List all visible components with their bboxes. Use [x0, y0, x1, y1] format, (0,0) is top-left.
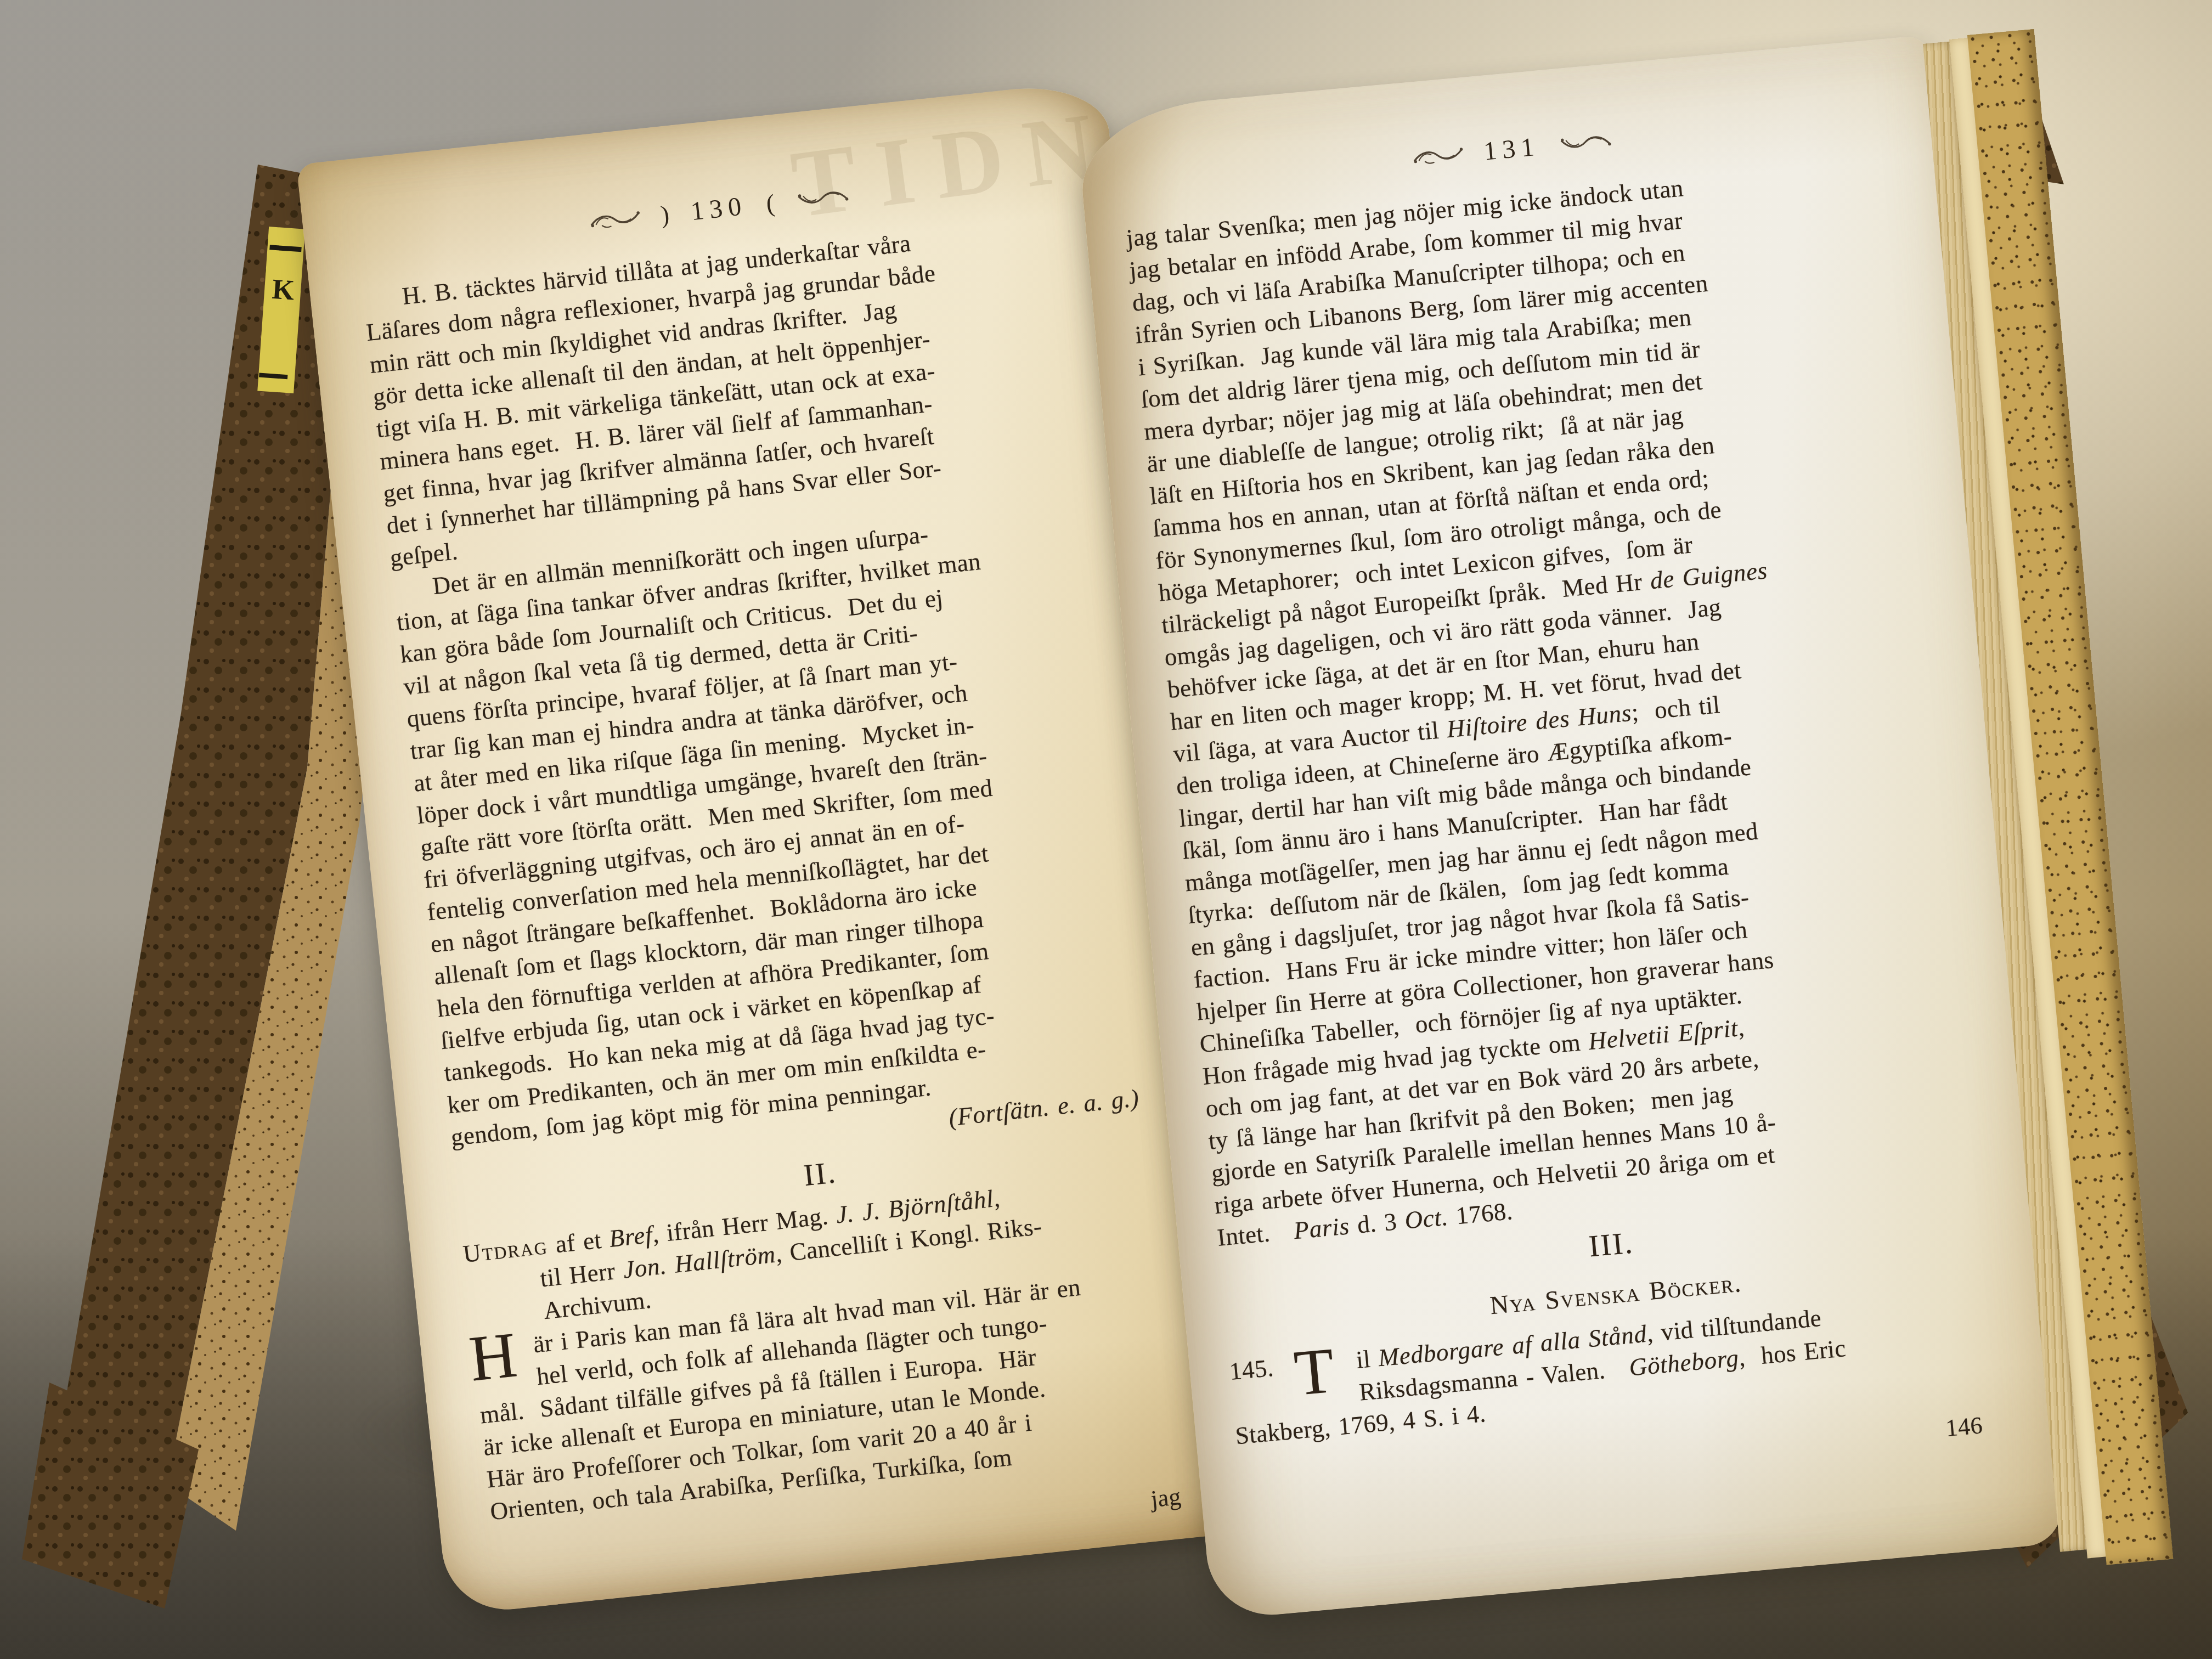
page-number: 130	[689, 190, 748, 226]
printer-ornament-icon	[588, 207, 642, 232]
right-page-text: jag talar Svenſka; men jag nöjer mig ick…	[1125, 151, 2017, 1452]
right-page-content: 131 jag talar Svenſka; men jag nöjer mig…	[1075, 35, 2065, 1621]
photo-of-open-book: K TIDN ) 130 (	[0, 0, 2212, 1659]
left-page-text: H. B. täcktes härvid tillåta at jag unde…	[362, 208, 1215, 1528]
right-page: 131 jag talar Svenſka; men jag nöjer mig…	[1075, 35, 2065, 1621]
bookmark-label: K	[271, 274, 296, 307]
header-open-bracket: )	[659, 199, 673, 229]
printer-ornament-icon	[1558, 131, 1612, 154]
page-number: 131	[1482, 131, 1541, 166]
header-close-bracket: (	[765, 188, 778, 218]
drop-cap: H	[467, 1326, 520, 1387]
drop-cap: T	[1292, 1342, 1337, 1402]
entry-number: 145.	[1228, 1352, 1275, 1388]
printer-ornament-icon	[1410, 144, 1465, 167]
